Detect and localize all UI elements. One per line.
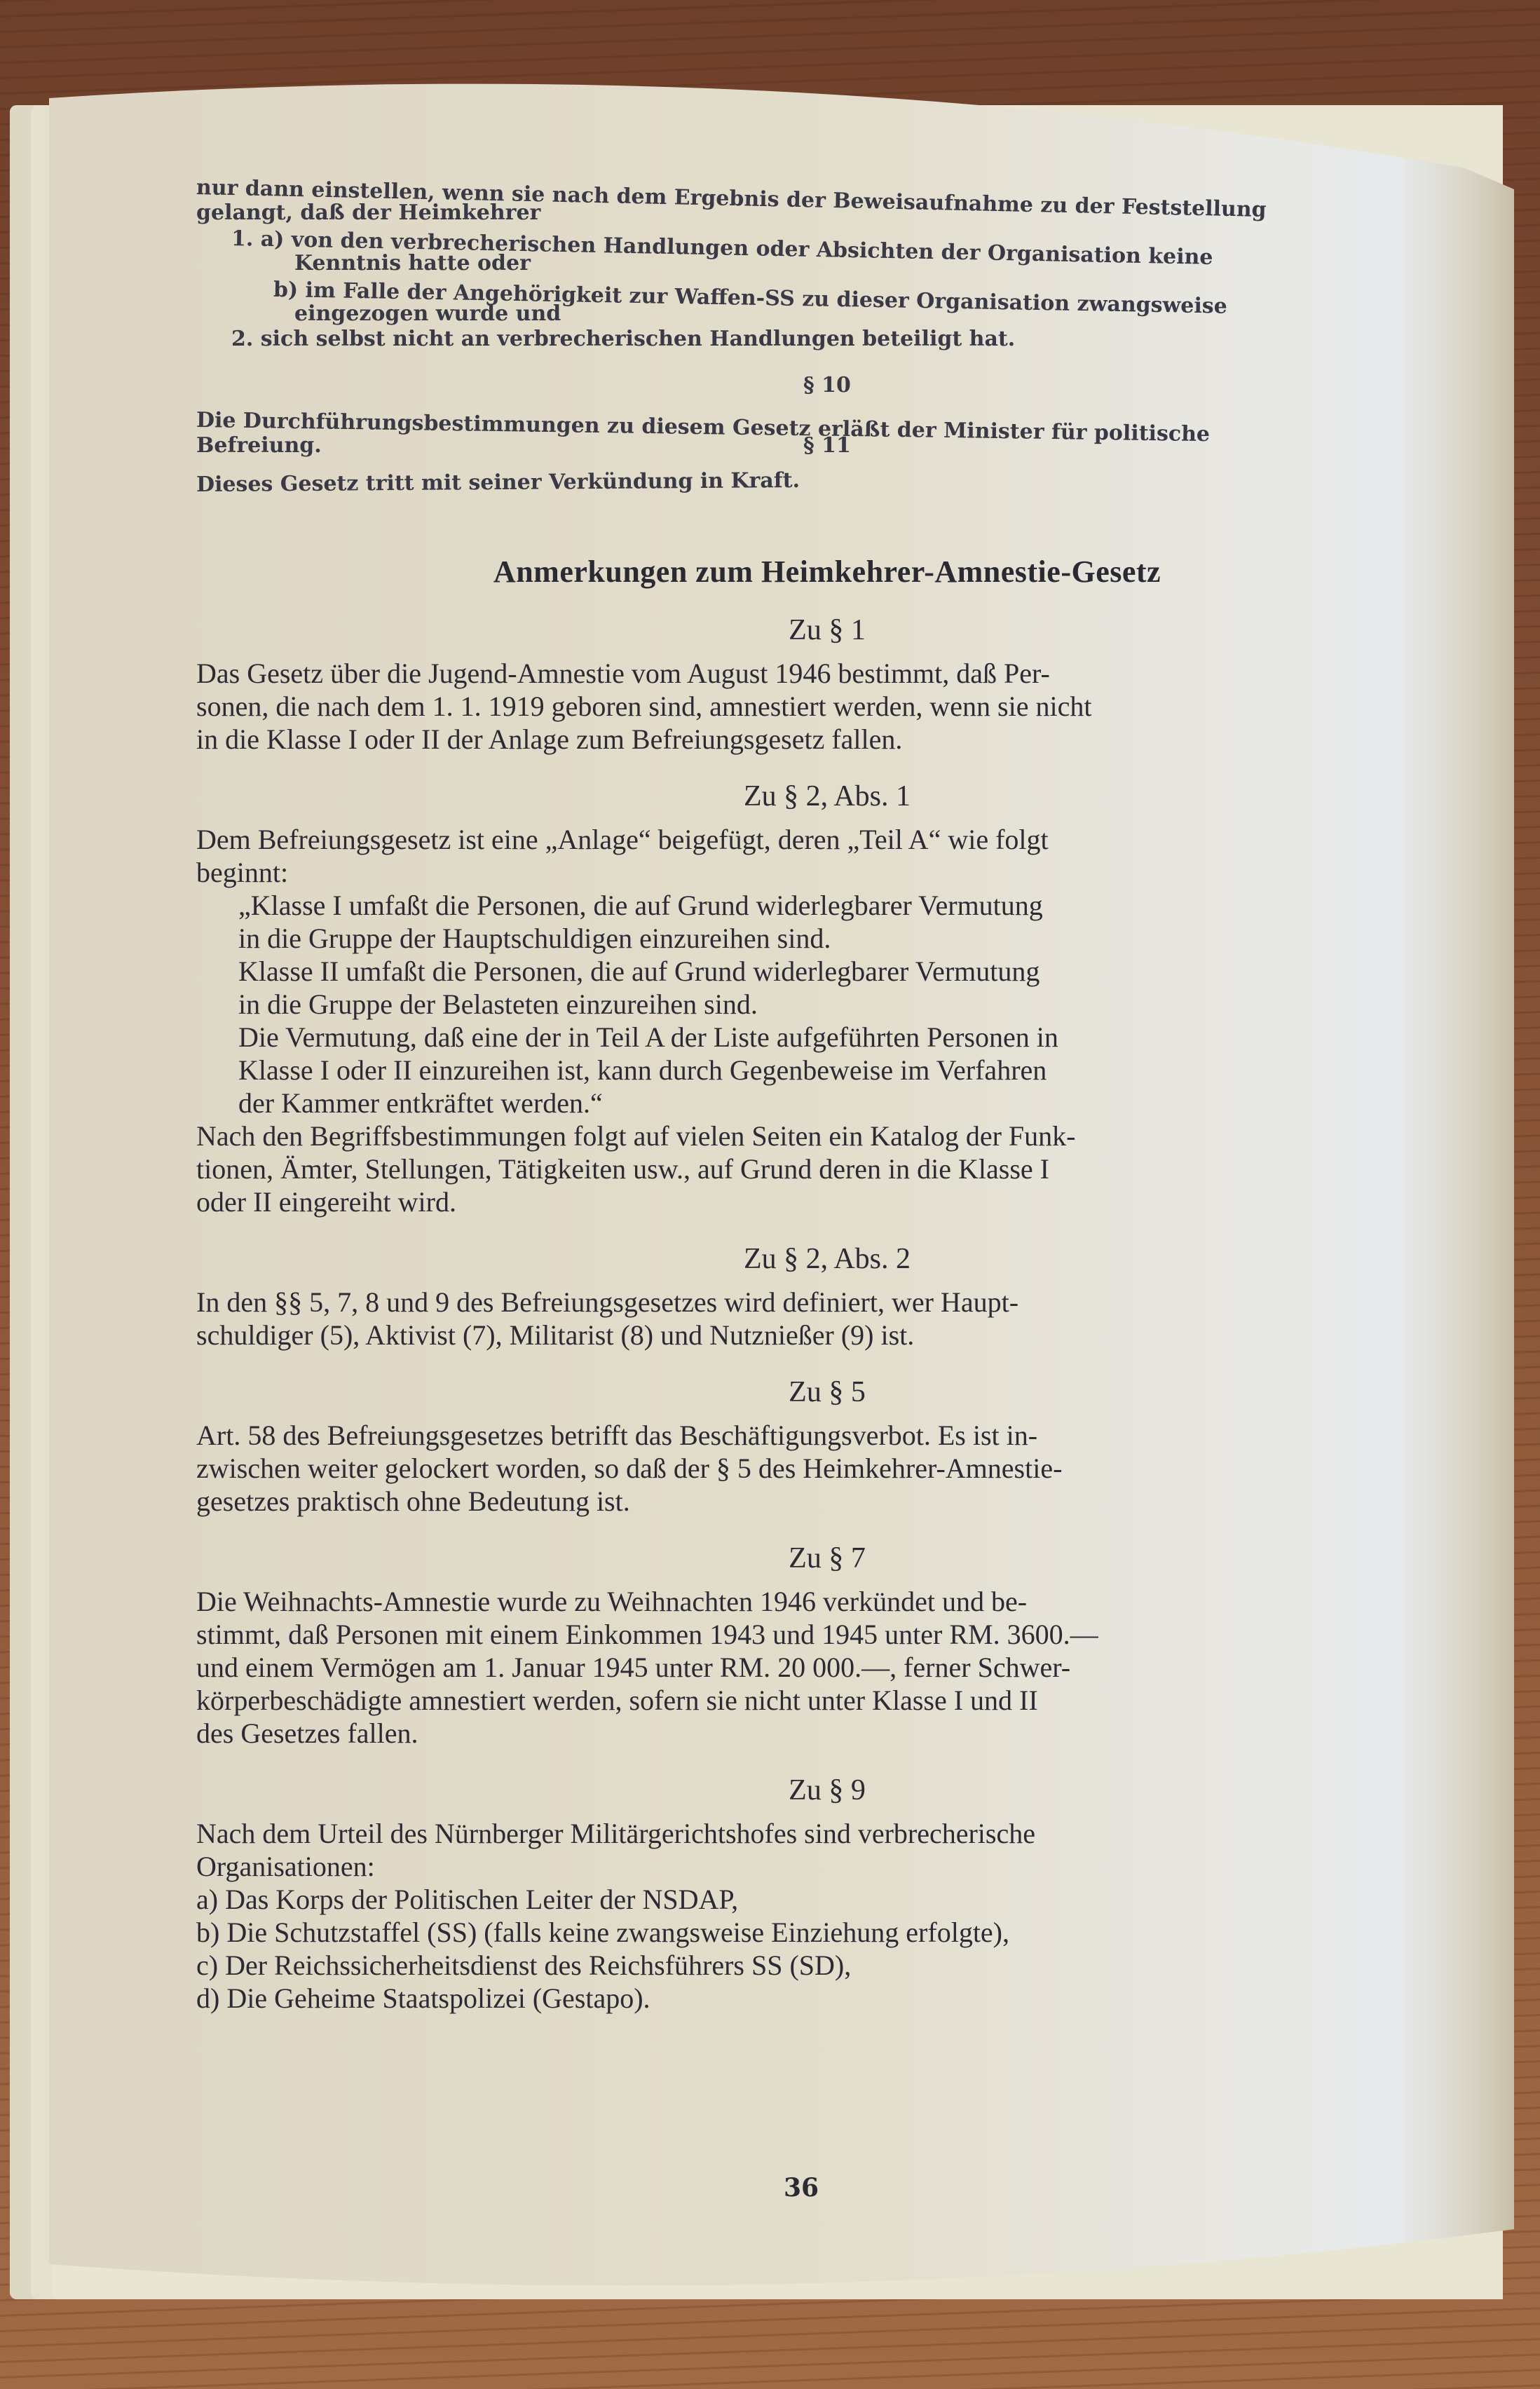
section-body: Die Weihnachts-Amnestie wurde zu Weihnac… bbox=[196, 1585, 1458, 1750]
section-body: In den §§ 5, 7, 8 und 9 des Befreiungsge… bbox=[196, 1286, 1458, 1352]
text-line: Dieses Gesetz tritt mit seiner Verkündun… bbox=[196, 463, 1458, 498]
text-line: Klasse I oder II einzureihen ist, kann d… bbox=[238, 1054, 1458, 1087]
text-line: Nach den Begriffsbestimmungen folgt auf … bbox=[196, 1119, 1458, 1152]
text-line: sonen, die nach dem 1. 1. 1919 geboren s… bbox=[196, 690, 1458, 723]
quote-block: „Klasse I umfaßt die Personen, die auf G… bbox=[196, 889, 1458, 1119]
text-line: und einem Vermögen am 1. Januar 1945 unt… bbox=[196, 1651, 1458, 1684]
annotations-title: Anmerkungen zum Heimkehrer-Amnestie-Gese… bbox=[196, 554, 1458, 590]
text-line: Nach dem Urteil des Nürnberger Militärge… bbox=[196, 1817, 1458, 1850]
text-line: in die Klasse I oder II der Anlage zum B… bbox=[196, 723, 1458, 756]
list-item: b) Die Schutzstaffel (SS) (falls keine z… bbox=[196, 1916, 1458, 1949]
text-line: des Gesetzes fallen. bbox=[196, 1717, 1458, 1750]
section-heading: Zu § 2, Abs. 2 bbox=[196, 1242, 1458, 1276]
list-item: d) Die Geheime Staatspolizei (Gestapo). bbox=[196, 1982, 1458, 2015]
text-line: tionen, Ämter, Stellungen, Tätigkeiten u… bbox=[196, 1152, 1458, 1185]
section-heading: Zu § 2, Abs. 1 bbox=[196, 780, 1458, 813]
text-line: Organisationen: bbox=[196, 1850, 1458, 1883]
text-line: Die Weihnachts-Amnestie wurde zu Weihnac… bbox=[196, 1585, 1458, 1618]
text-line: in die Gruppe der Belasteten einzureihen… bbox=[238, 988, 1458, 1021]
list-item: c) Der Reichssicherheitsdienst des Reich… bbox=[196, 1949, 1458, 1982]
text-line: Art. 58 des Befreiungsgesetzes betrifft … bbox=[196, 1419, 1458, 1452]
section-heading: Zu § 5 bbox=[196, 1375, 1458, 1409]
section-body: Das Gesetz über die Jugend-Amnestie vom … bbox=[196, 657, 1458, 756]
section-heading: Zu § 7 bbox=[196, 1541, 1458, 1575]
page-number: 36 bbox=[784, 2173, 819, 2203]
section-body: Art. 58 des Befreiungsgesetzes betrifft … bbox=[196, 1419, 1458, 1518]
section-heading: Zu § 1 bbox=[196, 613, 1458, 647]
text-line: gesetzes praktisch ohne Bedeutung ist. bbox=[196, 1485, 1458, 1518]
list-item: a) Das Korps der Politischen Leiter der … bbox=[196, 1883, 1458, 1916]
text-line: beginnt: bbox=[196, 856, 1458, 889]
text-line: stimmt, daß Personen mit einem Einkommen… bbox=[196, 1618, 1458, 1651]
text-line: der Kammer entkräftet werden.“ bbox=[238, 1087, 1458, 1119]
text-line: körperbeschädigte amnestiert werden, sof… bbox=[196, 1684, 1458, 1717]
page-content: nur dann einstellen, wenn sie nach dem E… bbox=[196, 175, 1458, 2015]
text-line: Klasse II umfaßt die Personen, die auf G… bbox=[238, 955, 1458, 988]
text-line: zwischen weiter gelockert worden, so daß… bbox=[196, 1452, 1458, 1485]
text-line: 2. sich selbst nicht an verbrecherischen… bbox=[196, 327, 1458, 352]
text-line: Dem Befreiungsgesetz ist eine „Anlage“ b… bbox=[196, 823, 1458, 856]
text-line: Das Gesetz über die Jugend-Amnestie vom … bbox=[196, 657, 1458, 690]
text-line: schuldiger (5), Aktivist (7), Militarist… bbox=[196, 1319, 1458, 1352]
text-line: In den §§ 5, 7, 8 und 9 des Befreiungsge… bbox=[196, 1286, 1458, 1319]
text-line: „Klasse I umfaßt die Personen, die auf G… bbox=[238, 889, 1458, 922]
text-line: in die Gruppe der Hauptschuldigen einzur… bbox=[238, 922, 1458, 955]
paragraph-10-heading: § 10 bbox=[196, 373, 1458, 398]
section-heading: Zu § 9 bbox=[196, 1774, 1458, 1807]
section-body: Nach dem Urteil des Nürnberger Militärge… bbox=[196, 1817, 1458, 2015]
text-line: oder II eingereiht wird. bbox=[196, 1185, 1458, 1218]
section-body: Dem Befreiungsgesetz ist eine „Anlage“ b… bbox=[196, 823, 1458, 1218]
text-line: Die Vermutung, daß eine der in Teil A de… bbox=[238, 1021, 1458, 1054]
law-continuation: nur dann einstellen, wenn sie nach dem E… bbox=[196, 175, 1458, 498]
